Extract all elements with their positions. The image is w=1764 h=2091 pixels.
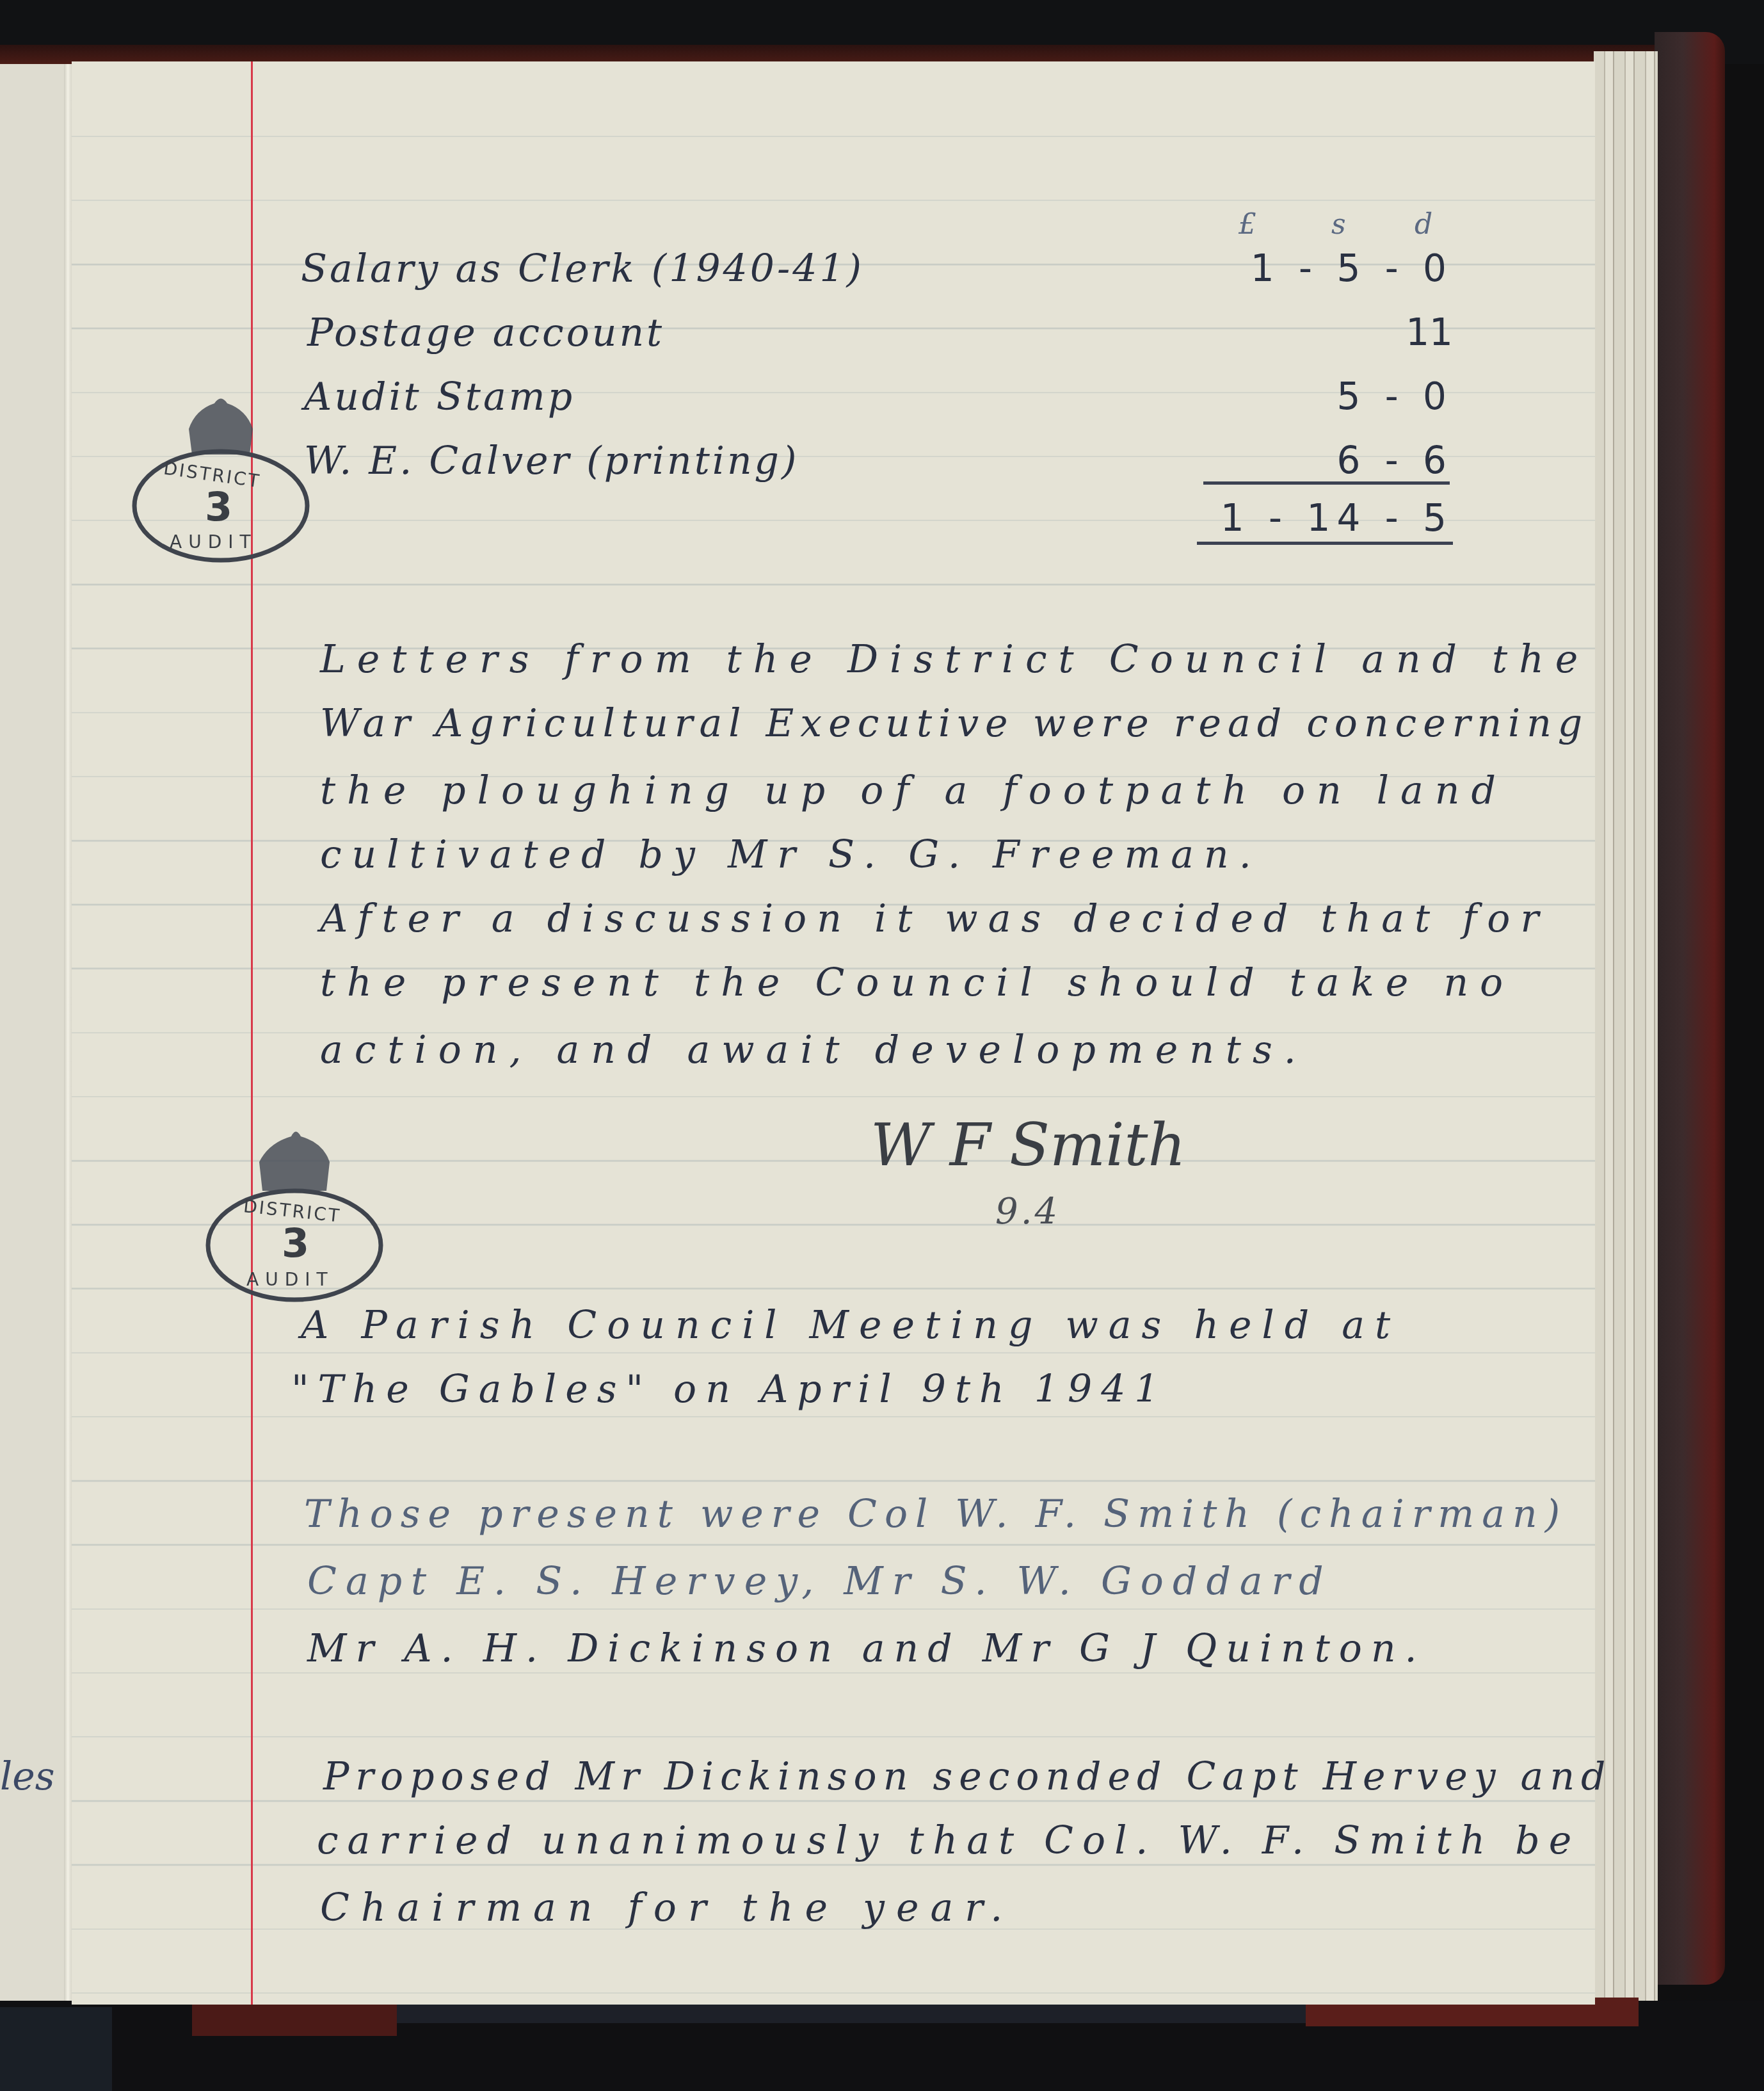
minutes-line: After a discussion it was decided that f… — [320, 896, 1549, 941]
stamp-number: 3 — [282, 1220, 309, 1266]
subtotal-rule — [1203, 481, 1450, 485]
chairman-signature: W F Smith — [870, 1111, 1186, 1179]
account-item-label: Salary as Clerk (1940-41) — [301, 246, 864, 291]
minutes-line: the present the Council should take no — [320, 960, 1514, 1005]
stamp-number: 3 — [205, 483, 232, 530]
minutes-line: Letters from the District Council and th… — [320, 637, 1589, 682]
column-header-pounds: £ — [1239, 208, 1256, 241]
minutes-line: the ploughing up of a footpath on land — [320, 768, 1507, 813]
book-cover-right — [1655, 32, 1725, 1985]
district-audit-stamp: DISTRICT 3 AUDIT — [125, 384, 317, 576]
resolution-line: Chairman for the year. — [320, 1885, 1014, 1930]
spine-strip — [0, 2007, 112, 2091]
resolution-line: carried unanimously that Col. W. F. Smit… — [317, 1818, 1580, 1863]
page-stack-edges — [1594, 51, 1658, 2010]
left-page-edge — [0, 64, 70, 2001]
column-header-pence: d — [1415, 208, 1432, 241]
minutes-line: action, and await developments. — [320, 1028, 1308, 1072]
district-audit-stamp: DISTRICT 3 AUDIT — [198, 1120, 390, 1312]
resolution-line: Proposed Mr Dickinson seconded Capt Herv… — [323, 1754, 1612, 1799]
meeting-heading-line: "The Gables" on April 9th 1941 — [291, 1367, 1168, 1412]
minutes-line: cultivated by Mr S. G. Freeman. — [320, 832, 1262, 877]
minutes-line: War Agricultural Executive were read con… — [320, 701, 1589, 746]
attendance-line: Capt E. S. Hervey, Mr S. W. Goddard — [307, 1559, 1333, 1604]
account-item-amount: 5 - 0 — [1216, 375, 1453, 418]
left-page-fragment: les — [0, 1754, 55, 1799]
column-header-shillings: s — [1331, 208, 1346, 241]
account-total: 1 - 14 - 5 — [1191, 496, 1453, 540]
account-item-label: W. E. Calver (printing) — [304, 439, 799, 483]
margin-rule — [251, 61, 253, 2005]
account-item-amount: 6 - 6 — [1216, 439, 1453, 482]
account-item-label: Audit Stamp — [304, 375, 575, 419]
total-rule — [1197, 542, 1453, 545]
attendance-line: Those present were Col W. F. Smith (chai… — [304, 1492, 1568, 1537]
meeting-heading-line: A Parish Council Meeting was held at — [301, 1303, 1400, 1348]
account-item-label: Postage account — [307, 311, 664, 355]
account-item-amount: 1 - 5 - 0 — [1216, 246, 1453, 290]
attendance-line: Mr A. H. Dickinson and Mr G J Quinton. — [307, 1626, 1426, 1671]
stamp-bottom-text: AUDIT — [170, 531, 257, 553]
stamp-bottom-text: AUDIT — [246, 1269, 334, 1290]
page-gutter — [64, 64, 72, 2001]
signature-date: 9.4 — [995, 1191, 1060, 1232]
account-item-amount: 11 — [1216, 311, 1453, 354]
